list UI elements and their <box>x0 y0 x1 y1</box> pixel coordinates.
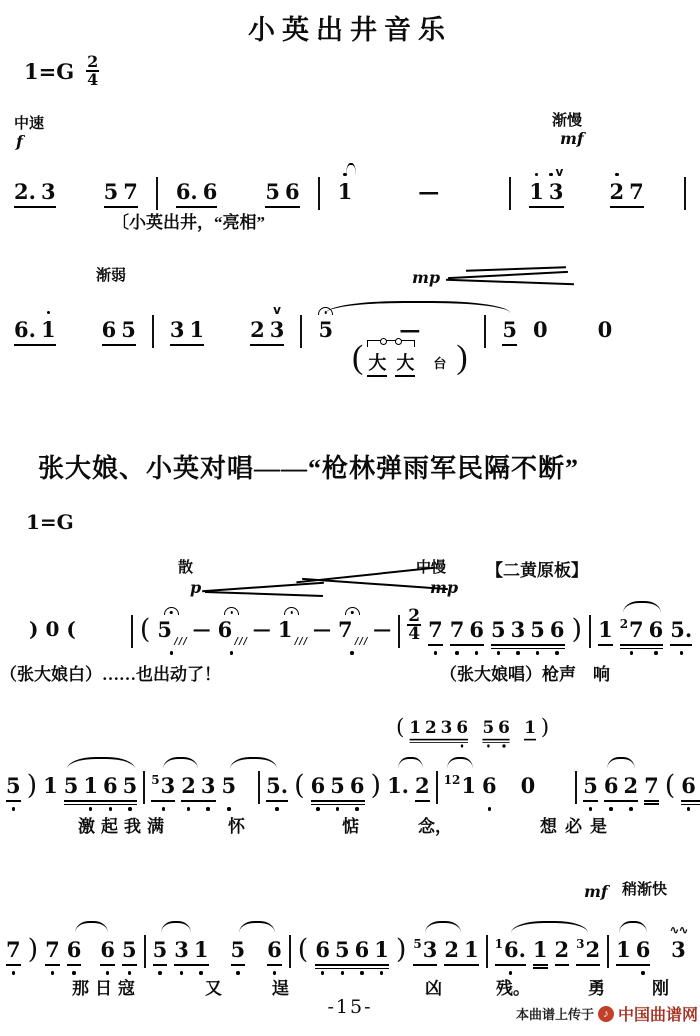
note-digit: 5 <box>583 772 598 798</box>
note-digit: 3 <box>170 316 185 342</box>
note-digit: 1 <box>194 936 209 962</box>
below-area <box>434 649 438 659</box>
notation-element: 5 <box>502 317 517 342</box>
note: 5/// <box>157 598 185 659</box>
music-system-3: 散p中慢mp【二黄原板】)0((5///—6///—1///—7///—2477… <box>0 556 700 698</box>
notation-element <box>122 964 137 966</box>
beam-group: 2v3 <box>250 298 284 359</box>
below-area <box>536 649 540 659</box>
notation-element: 大大 <box>367 340 415 377</box>
bracket-circle <box>395 338 402 345</box>
notation-element: 1 <box>409 717 421 737</box>
below-area <box>629 805 633 815</box>
notation-element: 6. <box>14 317 36 342</box>
underline-area <box>222 798 237 805</box>
note-digit: 0 <box>533 316 548 342</box>
note-digit: 3 <box>201 772 216 798</box>
notation-element: 5 <box>153 937 168 962</box>
notation-element: 5 <box>122 937 137 962</box>
dynamic-marking: f <box>16 132 23 151</box>
beam-group: 56 <box>482 702 509 751</box>
note-digit: 1 <box>598 616 613 642</box>
notation-element: 6 <box>267 937 282 962</box>
note-digit: 1 <box>189 316 204 342</box>
notation-element: 6 <box>550 617 565 642</box>
octave-dot <box>360 971 364 975</box>
notation-element: — <box>193 617 211 642</box>
octave-dot <box>630 651 634 655</box>
notation-element: 1 <box>194 937 209 962</box>
octave-dot <box>170 651 174 655</box>
note: 0 <box>533 298 548 359</box>
note: 0 <box>598 298 613 359</box>
below-area <box>516 649 520 659</box>
notation-element <box>45 964 60 966</box>
underline-area <box>598 342 613 349</box>
note: 2 <box>425 702 437 751</box>
note-digit: 6 <box>100 936 115 962</box>
music-note-logo-icon: ♪ <box>598 1006 614 1022</box>
note-marks <box>345 598 360 616</box>
notation-element <box>153 964 168 966</box>
meter-denominator: 4 <box>87 74 98 86</box>
underline-area <box>669 962 687 969</box>
barline <box>143 771 145 804</box>
notation-element <box>311 800 365 802</box>
octave-dot <box>687 807 691 811</box>
spacer <box>74 160 86 161</box>
notation-element: 7 <box>338 617 353 642</box>
note-digit: 6 <box>498 716 510 737</box>
below-area <box>555 649 559 659</box>
notation-element <box>529 206 563 208</box>
note-digit: 1 <box>464 936 479 962</box>
barline <box>318 177 320 210</box>
notation-element: 6 <box>102 317 117 342</box>
beam-group: 6561 <box>315 918 389 979</box>
octave-dot <box>187 807 191 811</box>
note: 1 <box>529 160 544 221</box>
notation-element <box>413 964 437 966</box>
notation-element: 2 <box>444 937 459 962</box>
octave-dot <box>555 651 559 655</box>
notation-element: 6 <box>103 773 118 798</box>
notation-element <box>151 800 175 802</box>
note-digit: 5 <box>502 316 517 342</box>
notation-element <box>29 642 83 649</box>
notation-element: 1 <box>278 617 293 642</box>
text-token: ) <box>28 918 39 979</box>
percussion-syllable: 大 <box>395 349 415 377</box>
notation-element <box>576 964 600 966</box>
spacer <box>72 298 86 299</box>
note-digit: 5 <box>122 936 137 962</box>
spacer <box>473 702 478 703</box>
underline-area <box>418 204 439 211</box>
octave-dot <box>336 807 340 811</box>
octave-dot <box>455 651 459 655</box>
octave-dot <box>503 744 506 747</box>
barline <box>486 935 488 968</box>
octave-dot <box>51 971 55 975</box>
notation-element: 5 <box>265 179 280 204</box>
note: 1 <box>189 298 204 359</box>
spacer <box>252 918 260 919</box>
note-digit: 2 <box>250 316 265 342</box>
spacer <box>216 918 224 919</box>
spacer <box>220 298 234 299</box>
barline <box>258 771 260 804</box>
note-digit: 1 <box>41 316 56 342</box>
note-digit: 6 <box>311 772 326 798</box>
notation-element <box>231 964 246 966</box>
slur-tie <box>75 921 108 933</box>
note-digit: 6. <box>14 316 36 342</box>
lyrics: 怀 <box>228 812 245 837</box>
note: 7 <box>644 754 659 815</box>
watermark: 本曲谱上传于 ♪ 中国曲谱网 <box>516 1002 698 1025</box>
octave-dot <box>615 173 619 177</box>
below-area <box>12 969 16 979</box>
below-area <box>503 743 506 751</box>
underline-area <box>644 798 659 805</box>
fermata-icon <box>164 607 179 615</box>
notation-element <box>533 967 548 969</box>
grace-note: 5 <box>151 773 159 787</box>
octave-dot <box>487 744 490 747</box>
note: 7/// <box>338 598 366 659</box>
note: 6 <box>102 298 117 359</box>
key-signature-2: 1=G <box>26 510 74 534</box>
notation-element: 1 <box>83 773 98 798</box>
note: 3 <box>170 298 185 359</box>
octave-dot <box>589 807 593 811</box>
note-digit: 6 <box>285 178 300 204</box>
fermata-icon <box>224 607 239 615</box>
underline-area <box>43 798 58 805</box>
notation-element: 1 <box>533 937 548 962</box>
note: 0 <box>521 754 536 815</box>
note: 5 <box>583 754 598 815</box>
barline <box>589 615 591 648</box>
note: v3 <box>270 298 285 359</box>
dynamic-marking: mf <box>560 129 584 148</box>
underline-area <box>502 342 517 349</box>
note-digit: 1 <box>83 772 98 798</box>
text-token: ( <box>396 702 404 751</box>
open-paren: ( <box>352 338 363 378</box>
spacer <box>457 160 491 161</box>
underline-area <box>151 798 175 805</box>
note-digit: 2 <box>623 772 638 798</box>
note-digit: 5 <box>231 936 246 962</box>
notation-element <box>598 644 613 646</box>
underline-area <box>266 798 288 805</box>
underline-area <box>157 642 185 649</box>
notation-element <box>670 644 692 646</box>
underline-area <box>533 962 548 969</box>
beam-group: 1v3 <box>529 160 563 221</box>
text-token: ) <box>371 754 382 815</box>
note: 5 <box>491 598 506 659</box>
note: 2. <box>14 160 36 221</box>
lyrics: 刚 <box>652 974 669 999</box>
below-area <box>206 805 210 815</box>
notation-element <box>267 964 282 966</box>
notation-element: 6 <box>350 773 365 798</box>
notation-element: 5. <box>266 773 288 798</box>
notation-element: 5 <box>121 317 136 342</box>
note: 7 <box>428 598 443 659</box>
note: 6 <box>498 702 510 751</box>
underline-area <box>415 798 430 805</box>
notation-element: 3 <box>174 937 189 962</box>
interlude-notes: (1236561) <box>396 702 549 751</box>
note-digit: 5 <box>530 616 545 642</box>
text-token: ) <box>572 598 583 659</box>
octave-dot <box>355 807 359 811</box>
note-digit: 1 <box>616 936 631 962</box>
underline-area <box>278 642 306 649</box>
notation-element: ) <box>541 716 549 737</box>
notation-element: 3 <box>270 317 285 342</box>
underline-area <box>555 962 570 969</box>
underline-area <box>387 798 409 805</box>
notation-element: 6 <box>649 617 664 642</box>
grace-note: 2 <box>620 617 628 631</box>
underline-area <box>267 962 282 969</box>
octave-dot <box>158 971 162 975</box>
dash-note: — <box>313 598 331 659</box>
note-digit: 3 <box>174 936 189 962</box>
note: 6 <box>311 754 326 815</box>
notation-element <box>491 648 565 650</box>
notation-element: 5 <box>482 717 494 737</box>
underline-area <box>253 642 271 649</box>
note-digit: 5/// <box>157 616 185 642</box>
slur-tie <box>398 757 423 769</box>
note: 3 <box>41 160 56 221</box>
beam-group: 2.3 <box>14 160 56 221</box>
octave-dot <box>230 651 234 655</box>
note-digit: 3 <box>41 178 56 204</box>
underline-area <box>338 642 366 649</box>
note: 6 <box>456 702 468 751</box>
below-area <box>380 969 384 979</box>
notation-element <box>681 804 700 806</box>
text-token: ) <box>396 918 407 979</box>
text-token: ( <box>665 754 676 815</box>
note-digit: 16. <box>495 936 526 962</box>
note-digit: 6. <box>176 178 198 204</box>
note-digit: 1 <box>374 936 389 962</box>
notation-element <box>14 344 56 346</box>
underline-area <box>231 962 246 969</box>
lyrics: 凶 <box>425 974 442 999</box>
note: 1 <box>41 298 56 359</box>
note: 1 <box>464 918 479 979</box>
note: 6 <box>482 754 497 815</box>
below-area <box>350 649 354 659</box>
crescendo-line <box>205 591 323 597</box>
notation-element <box>583 800 598 802</box>
notation-element: 3 <box>549 179 564 204</box>
note-digit: 27 <box>620 616 644 642</box>
grace-note: 3 <box>576 937 584 951</box>
notation-element: 6 <box>482 773 497 798</box>
notation-element: 6 <box>203 179 218 204</box>
note: 5 <box>121 298 136 359</box>
time-signature: 2 4 <box>86 56 99 86</box>
below-area <box>680 649 684 659</box>
notation-element <box>396 962 407 969</box>
note: 5 <box>530 598 545 659</box>
dash-note: — <box>193 598 211 659</box>
underline-area <box>524 737 536 743</box>
note-digit: 7 <box>123 178 138 204</box>
note-digit: 2 <box>555 936 570 962</box>
octave-dot <box>475 651 479 655</box>
note: 5 <box>6 754 21 815</box>
spacer <box>349 298 383 299</box>
notation-element: 6 <box>636 937 651 962</box>
note-digit: 2 <box>444 936 459 962</box>
note: 6 <box>355 918 370 979</box>
notation-element: 3 <box>201 773 216 798</box>
notation-element <box>181 800 215 802</box>
note: 6 <box>350 754 365 815</box>
note: 2 <box>250 298 265 359</box>
octave-dot <box>461 744 464 747</box>
octave-dot <box>654 651 658 655</box>
notation-element: 3 <box>41 179 56 204</box>
note-digit: 3 <box>511 616 526 642</box>
notation-element: ) <box>396 936 407 962</box>
barline <box>156 177 158 210</box>
below-area <box>341 969 345 979</box>
octave-dot <box>321 971 325 975</box>
note-digit: 1/// <box>278 616 306 642</box>
note-digit: 6 <box>67 936 82 962</box>
grace-note: 12 <box>444 773 461 787</box>
section-heading: 张大娘、小英对唱——“枪林弹雨军民隔不断” <box>38 448 579 485</box>
notation-element: 5 <box>157 617 172 642</box>
note: 2 <box>610 160 625 221</box>
notation-element <box>298 962 309 969</box>
notation-element <box>396 737 404 743</box>
note: 6 <box>469 598 484 659</box>
note-digit: 32 <box>576 936 600 962</box>
notation-element: 1 <box>464 937 479 962</box>
octave-dot <box>641 971 645 975</box>
note-digit: 7 <box>428 616 443 642</box>
notation-element: 2 <box>555 937 570 962</box>
notation-element: 1. <box>387 773 409 798</box>
notation-element: 7 <box>629 179 644 204</box>
lyrics: 逞 <box>272 974 289 999</box>
note: 6/// <box>218 598 246 659</box>
notation-element <box>102 344 136 346</box>
underline-area <box>413 962 437 969</box>
below-area <box>51 969 55 979</box>
spacer <box>582 160 592 161</box>
note-digit: — <box>373 616 391 642</box>
underline-area <box>533 342 548 349</box>
note: 5 <box>330 754 345 815</box>
note-digit: 6 <box>681 772 696 798</box>
percussion-syllable: 大 <box>367 349 387 377</box>
notation-element: 2 <box>181 773 196 798</box>
dynamic-marking: mp <box>412 268 440 287</box>
notation-element: 5 <box>583 773 598 798</box>
breath-mark: v <box>556 166 564 178</box>
octave-dot <box>12 807 16 811</box>
text-token: ( <box>298 918 309 979</box>
note-digit: 6 <box>456 716 468 737</box>
notation-element: 3 <box>170 317 185 342</box>
below-area <box>316 805 320 815</box>
note-digit: 6 <box>267 936 282 962</box>
notation-element <box>64 804 138 806</box>
spacer <box>503 754 515 755</box>
notation-element: 3 <box>161 773 176 798</box>
lyrics: 残。 <box>496 974 530 999</box>
note-digit: 5. <box>266 772 288 798</box>
dash-note: — <box>253 598 271 659</box>
note-digit: 5 <box>153 936 168 962</box>
notation-element <box>140 642 151 649</box>
note-digit: 1 <box>409 716 421 737</box>
notation-element: 7 <box>644 773 659 798</box>
octave-dot <box>549 173 553 177</box>
note-digit: 6/// <box>218 616 246 642</box>
notation-element <box>665 798 676 805</box>
barline <box>289 935 291 968</box>
bracket-circle <box>380 338 387 345</box>
spacer <box>695 918 700 919</box>
octave-dot <box>275 807 279 811</box>
note-digit: 5 <box>64 772 79 798</box>
notation-element <box>495 964 526 966</box>
notation-element: 6. <box>504 937 526 962</box>
notation-element <box>555 964 570 966</box>
barline <box>509 177 511 210</box>
underline-area <box>444 798 476 805</box>
underline-area <box>598 642 613 649</box>
barline <box>436 771 438 804</box>
note-marks <box>318 298 333 316</box>
underline-area <box>45 962 60 969</box>
octave-dot <box>316 807 320 811</box>
notation-element: 6 <box>315 937 330 962</box>
notation-element <box>482 742 509 743</box>
notation-element: — <box>253 617 271 642</box>
beam-group: 27 <box>610 160 644 221</box>
notation-element <box>6 964 21 966</box>
note: 6 <box>550 598 565 659</box>
below-area <box>180 969 184 979</box>
note-digit: — <box>253 616 271 642</box>
score-page: 小英出井音乐 1=G 2 4 中速f渐慢mf2.3576.6561—1v327〔… <box>0 0 700 1036</box>
notation-row: 5)15165532355.(656)1.2121605627(656 <box>6 754 700 815</box>
tempo-marking: 渐弱 <box>96 264 126 285</box>
octave-dot <box>89 807 93 811</box>
below-area <box>187 805 191 815</box>
beam-group: 76 <box>450 598 484 659</box>
notation-element: 5 <box>104 179 119 204</box>
notation-element <box>524 739 536 741</box>
octave-dot <box>680 651 684 655</box>
